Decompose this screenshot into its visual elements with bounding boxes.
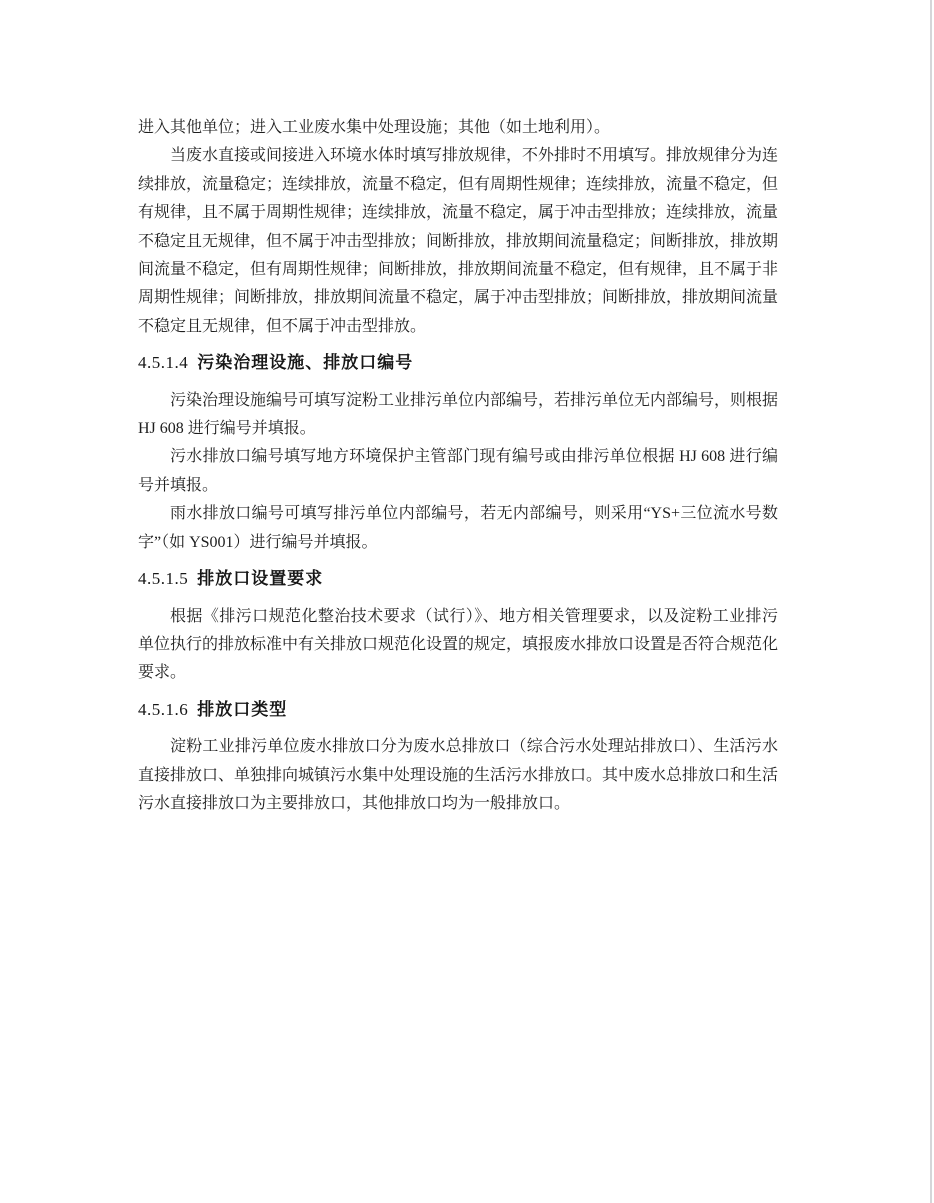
section-title: 污染治理设施、排放口编号	[197, 353, 413, 372]
text-line: 有规律，且不属于周期性规律；连续排放，流量不稳定，属于冲击型排放；连续排放，流量	[138, 199, 778, 227]
text-line: 字”（如 YS001）进行编号并填报。	[138, 529, 778, 557]
text-line: 根据《排污口规范化整治技术要求（试行）》、地方相关管理要求，以及淀粉工业排污	[138, 603, 778, 631]
section-number: 4.5.1.4	[138, 353, 188, 372]
document-page: 进入其他单位；进入工业废水集中处理设施；其他（如土地利用）。当废水直接或间接进入…	[0, 0, 934, 1203]
text-line: 间流量不稳定，但有周期性规律；间断排放，排放期间流量不稳定，但有规律，且不属于非	[138, 256, 778, 284]
text-line: 续排放，流量稳定；连续排放，流量不稳定，但有周期性规律；连续排放，流量不稳定，但	[138, 171, 778, 199]
section-number: 4.5.1.5	[138, 569, 188, 588]
paragraph: 淀粉工业排污单位废水排放口分为废水总排放口（综合污水处理站排放口）、生活污水直接…	[138, 733, 778, 818]
section-heading: 4.5.1.6排放口类型	[138, 696, 778, 724]
text-line: 周期性规律；间断排放，排放期间流量不稳定，属于冲击型排放；间断排放，排放期间流量	[138, 284, 778, 312]
text-line: 淀粉工业排污单位废水排放口分为废水总排放口（综合污水处理站排放口）、生活污水	[138, 733, 778, 761]
paragraph: 污水排放口编号填写地方环境保护主管部门现有编号或由排污单位根据 HJ 608 进…	[138, 443, 778, 500]
paragraph: 污染治理设施编号可填写淀粉工业排污单位内部编号，若排污单位无内部编号，则根据HJ…	[138, 387, 778, 444]
section-heading: 4.5.1.4污染治理设施、排放口编号	[138, 349, 778, 377]
text-line: 污水排放口编号填写地方环境保护主管部门现有编号或由排污单位根据 HJ 608 进…	[138, 443, 778, 471]
section-title: 排放口设置要求	[197, 569, 323, 588]
text-line: 污染治理设施编号可填写淀粉工业排污单位内部编号，若排污单位无内部编号，则根据	[138, 387, 778, 415]
text-line: 雨水排放口编号可填写排污单位内部编号，若无内部编号，则采用“YS+三位流水号数	[138, 500, 778, 528]
paragraph: 雨水排放口编号可填写排污单位内部编号，若无内部编号，则采用“YS+三位流水号数字…	[138, 500, 778, 557]
text-line: 污水直接排放口为主要排放口，其他排放口均为一般排放口。	[138, 790, 778, 818]
paragraph: 进入其他单位；进入工业废水集中处理设施；其他（如土地利用）。	[138, 114, 778, 142]
section-title: 排放口类型	[197, 700, 287, 719]
text-line: 不稳定且无规律，但不属于冲击型排放；间断排放，排放期间流量稳定；间断排放，排放期	[138, 228, 778, 256]
text-line: 单位执行的排放标准中有关排放口规范化设置的规定，填报废水排放口设置是否符合规范化	[138, 631, 778, 659]
paragraph: 根据《排污口规范化整治技术要求（试行）》、地方相关管理要求，以及淀粉工业排污单位…	[138, 603, 778, 688]
text-line: 要求。	[138, 659, 778, 687]
section-number: 4.5.1.6	[138, 700, 188, 719]
document-content: 进入其他单位；进入工业废水集中处理设施；其他（如土地利用）。当废水直接或间接进入…	[138, 114, 778, 818]
text-line: 进入其他单位；进入工业废水集中处理设施；其他（如土地利用）。	[138, 114, 778, 142]
paragraph: 当废水直接或间接进入环境水体时填写排放规律，不外排时不用填写。排放规律分为连续排…	[138, 142, 778, 341]
text-line: HJ 608 进行编号并填报。	[138, 415, 778, 443]
text-line: 不稳定且无规律，但不属于冲击型排放。	[138, 313, 778, 341]
text-line: 直接排放口、单独排向城镇污水集中处理设施的生活污水排放口。其中废水总排放口和生活	[138, 762, 778, 790]
section-heading: 4.5.1.5排放口设置要求	[138, 565, 778, 593]
page-edge-line	[930, 0, 932, 1203]
text-line: 号并填报。	[138, 472, 778, 500]
text-line: 当废水直接或间接进入环境水体时填写排放规律，不外排时不用填写。排放规律分为连	[138, 142, 778, 170]
